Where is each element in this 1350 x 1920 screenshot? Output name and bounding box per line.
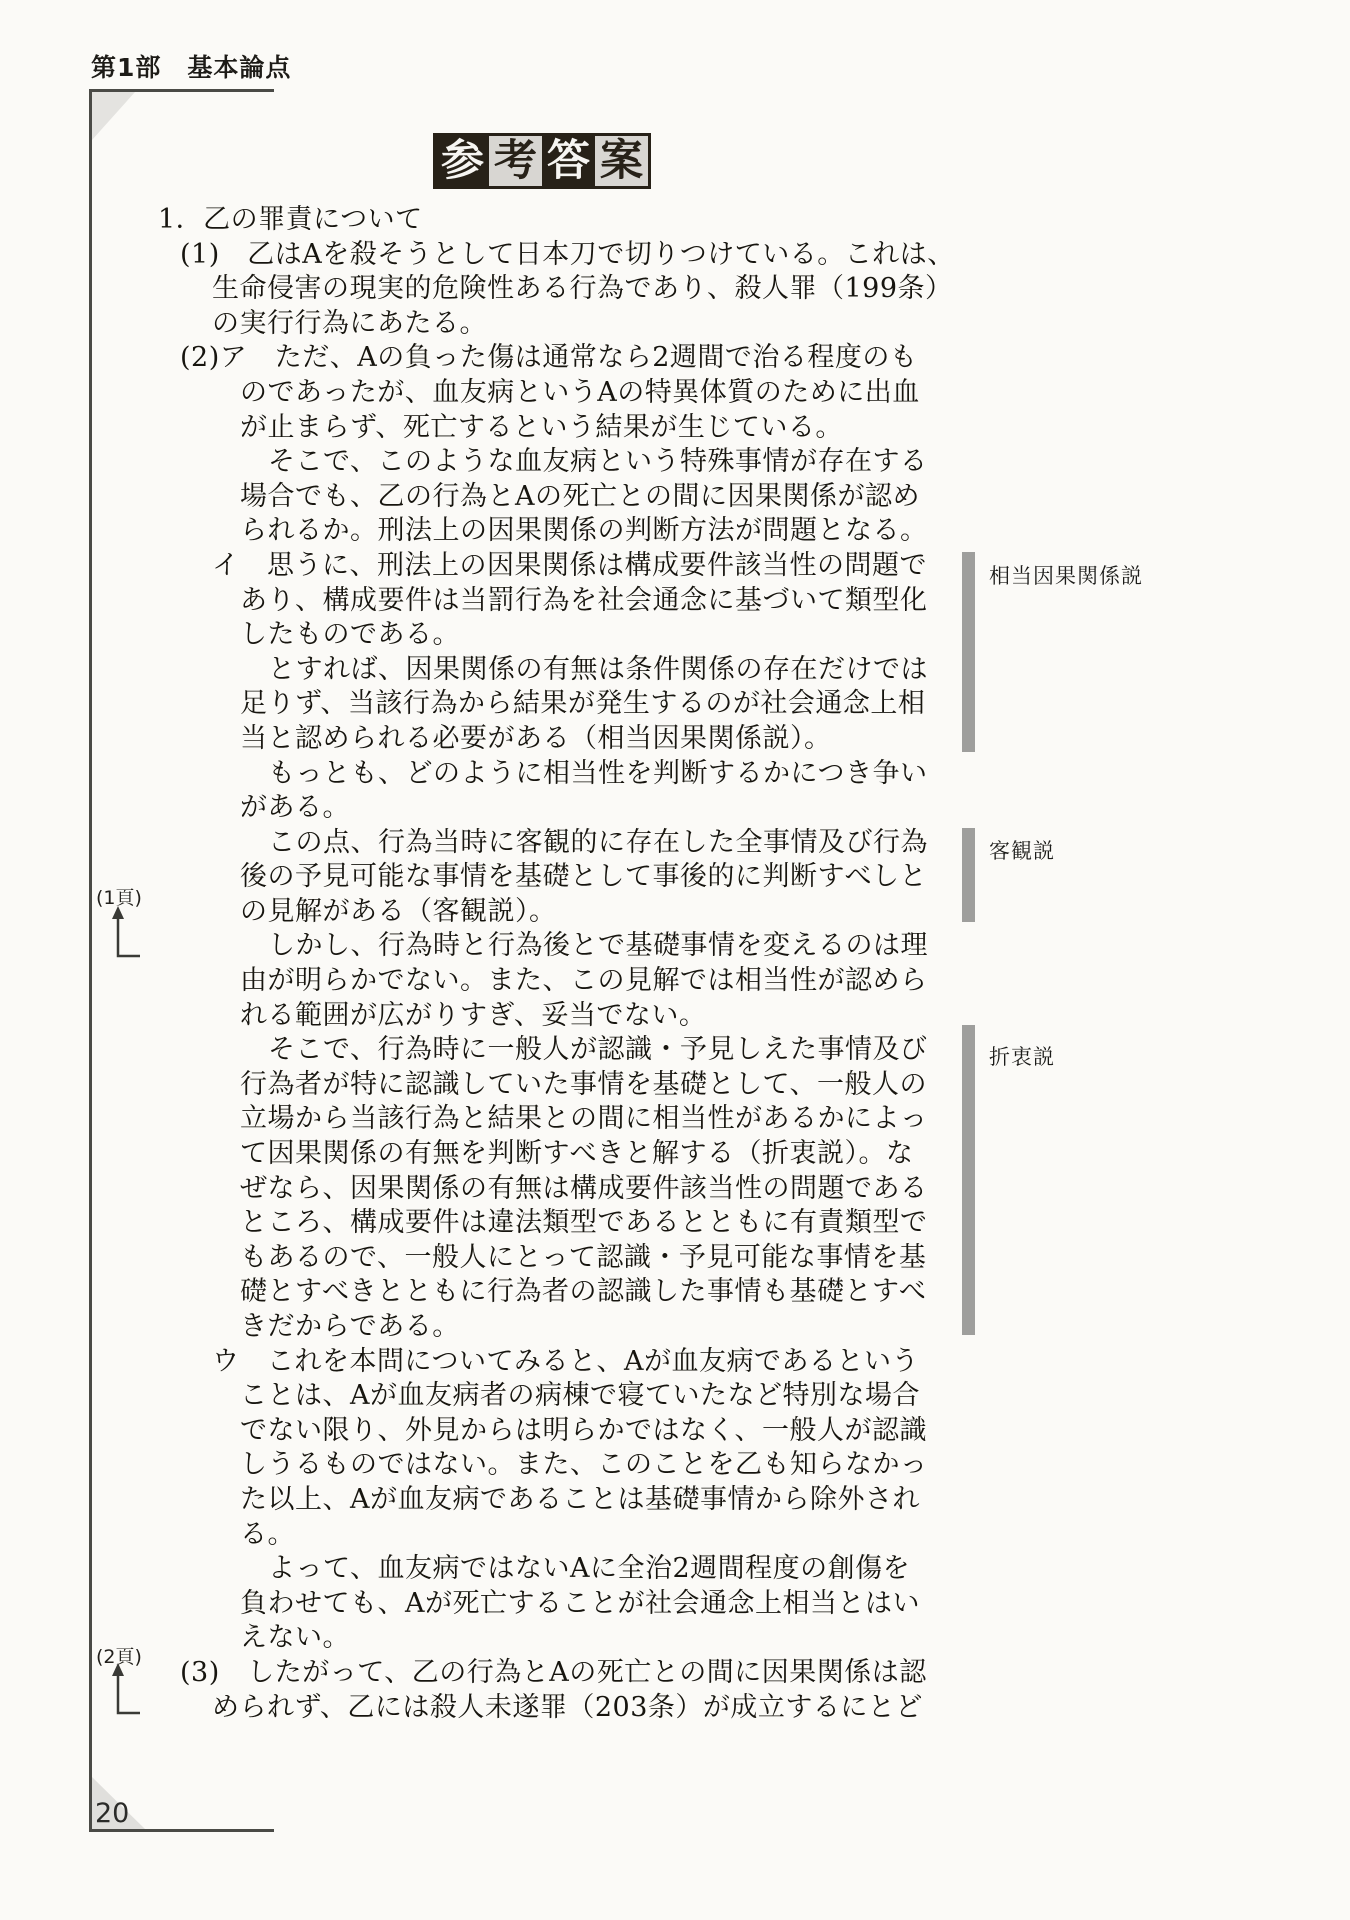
body-line: 由が明らかでない。また、この見解では相当性が認めら xyxy=(158,964,1158,999)
body-line: た以上、Aが血友病であることは基礎事情から除外され xyxy=(158,1483,1158,1518)
body-line: ことは、Aが血友病者の病棟で寝ていたなど特別な場合 xyxy=(158,1379,1158,1414)
body-line: 場合でも、乙の行為とAの死亡との間に因果関係が認め xyxy=(158,480,1158,515)
body-line: が止まらず、死亡するという結果が生じている。 xyxy=(158,411,1158,446)
left-margin-rule xyxy=(89,89,92,1832)
body-line: められず、乙には殺人未遂罪（203条）が成立するにとど xyxy=(158,1691,1158,1726)
margin-note-label: 客観説 xyxy=(989,835,1055,865)
body-line: よって、血友病ではないAに全治2週間程度の創傷を xyxy=(158,1552,1158,1587)
body-line: (1) 乙はAを殺そうとして日本刀で切りつけている。これは、 xyxy=(158,238,1158,273)
footer-rule xyxy=(89,1829,274,1832)
body-line: の見解がある（客観説）。 xyxy=(158,895,1158,930)
body-line: そこで、このような血友病という特殊事情が存在する xyxy=(158,445,1158,480)
chapter-header: 第1部 基本論点 xyxy=(91,48,291,84)
body-line: もっとも、どのように相当性を判断するかにつき争い xyxy=(158,757,1158,792)
body-line: ところ、構成要件は違法類型であるとともに有責類型で xyxy=(158,1206,1158,1241)
body-line: とすれば、因果関係の有無は条件関係の存在だけでは xyxy=(158,653,1158,688)
margin-note-bar xyxy=(962,828,975,922)
body-line: ぜなら、因果関係の有無は構成要件該当性の問題である xyxy=(158,1172,1158,1207)
body-line: 生命侵害の現実的危険性ある行為であり、殺人罪（199条） xyxy=(158,272,1158,307)
body-line: 立場から当該行為と結果との間に相当性があるかによっ xyxy=(158,1102,1158,1137)
margin-note-label: 折衷説 xyxy=(989,1041,1055,1071)
body-line: 行為者が特に認識していた事情を基礎として、一般人の xyxy=(158,1068,1158,1103)
body-line: きだからである。 xyxy=(158,1310,1158,1345)
body-line: ウ これを本問についてみると、Aが血友病であるという xyxy=(158,1345,1158,1380)
body-line: しかし、行為時と行為後とで基礎事情を変えるのは理 xyxy=(158,929,1158,964)
answer-title-char: 案 xyxy=(595,136,648,186)
body-line: (2)ア ただ、Aの負った傷は通常なら2週間で治る程度のも xyxy=(158,341,1158,376)
body-line: のであったが、血友病というAの特異体質のために出血 xyxy=(158,376,1158,411)
corner-triangle-top xyxy=(92,92,135,140)
page-number: 20 xyxy=(95,1798,129,1829)
page-break-arrow-icon xyxy=(110,906,142,960)
body-line: て因果関係の有無を判断すべきと解する（折衷説）。な xyxy=(158,1137,1158,1172)
body-text: 1．乙の罪責について(1) 乙はAを殺そうとして日本刀で切りつけている。これは、… xyxy=(158,203,1158,1725)
body-line: 礎とすべきとともに行為者の認識した事情も基礎とすべ xyxy=(158,1275,1158,1310)
body-line: られるか。刑法上の因果関係の判断方法が問題となる。 xyxy=(158,514,1158,549)
answer-title-char: 答 xyxy=(542,136,595,186)
answer-title-char: 考 xyxy=(489,136,542,186)
margin-note-bar xyxy=(962,1025,975,1335)
body-line: る。 xyxy=(158,1518,1158,1553)
answer-title: 参考答案 xyxy=(433,133,651,189)
body-line: したものである。 xyxy=(158,618,1158,653)
margin-note-label: 相当因果関係説 xyxy=(989,560,1143,590)
body-line: 足りず、当該行為から結果が発生するのが社会通念上相 xyxy=(158,687,1158,722)
body-line: もあるので、一般人にとって認識・予見可能な事情を基 xyxy=(158,1241,1158,1276)
body-line: の実行行為にあたる。 xyxy=(158,307,1158,342)
textbook-page: 第1部 基本論点 参考答案 1．乙の罪責について(1) 乙はAを殺そうとして日本… xyxy=(0,0,1350,1920)
body-line: れる範囲が広がりすぎ、妥当でない。 xyxy=(158,999,1158,1034)
body-line: 1．乙の罪責について xyxy=(158,203,1158,238)
body-line: えない。 xyxy=(158,1621,1158,1656)
body-line: しうるものではない。また、このことを乙も知らなかっ xyxy=(158,1448,1158,1483)
answer-title-char: 参 xyxy=(436,136,489,186)
body-line: 後の予見可能な事情を基礎として事後的に判断すべしと xyxy=(158,860,1158,895)
page-break-arrow-icon xyxy=(110,1663,142,1717)
body-line: 負わせても、Aが死亡することが社会通念上相当とはい xyxy=(158,1587,1158,1622)
body-line: がある。 xyxy=(158,791,1158,826)
margin-note-bar xyxy=(962,552,975,752)
body-line: でない限り、外見からは明らかではなく、一般人が認識 xyxy=(158,1414,1158,1449)
body-line: (3) したがって、乙の行為とAの死亡との間に因果関係は認 xyxy=(158,1656,1158,1691)
body-line: 当と認められる必要がある（相当因果関係説）。 xyxy=(158,722,1158,757)
